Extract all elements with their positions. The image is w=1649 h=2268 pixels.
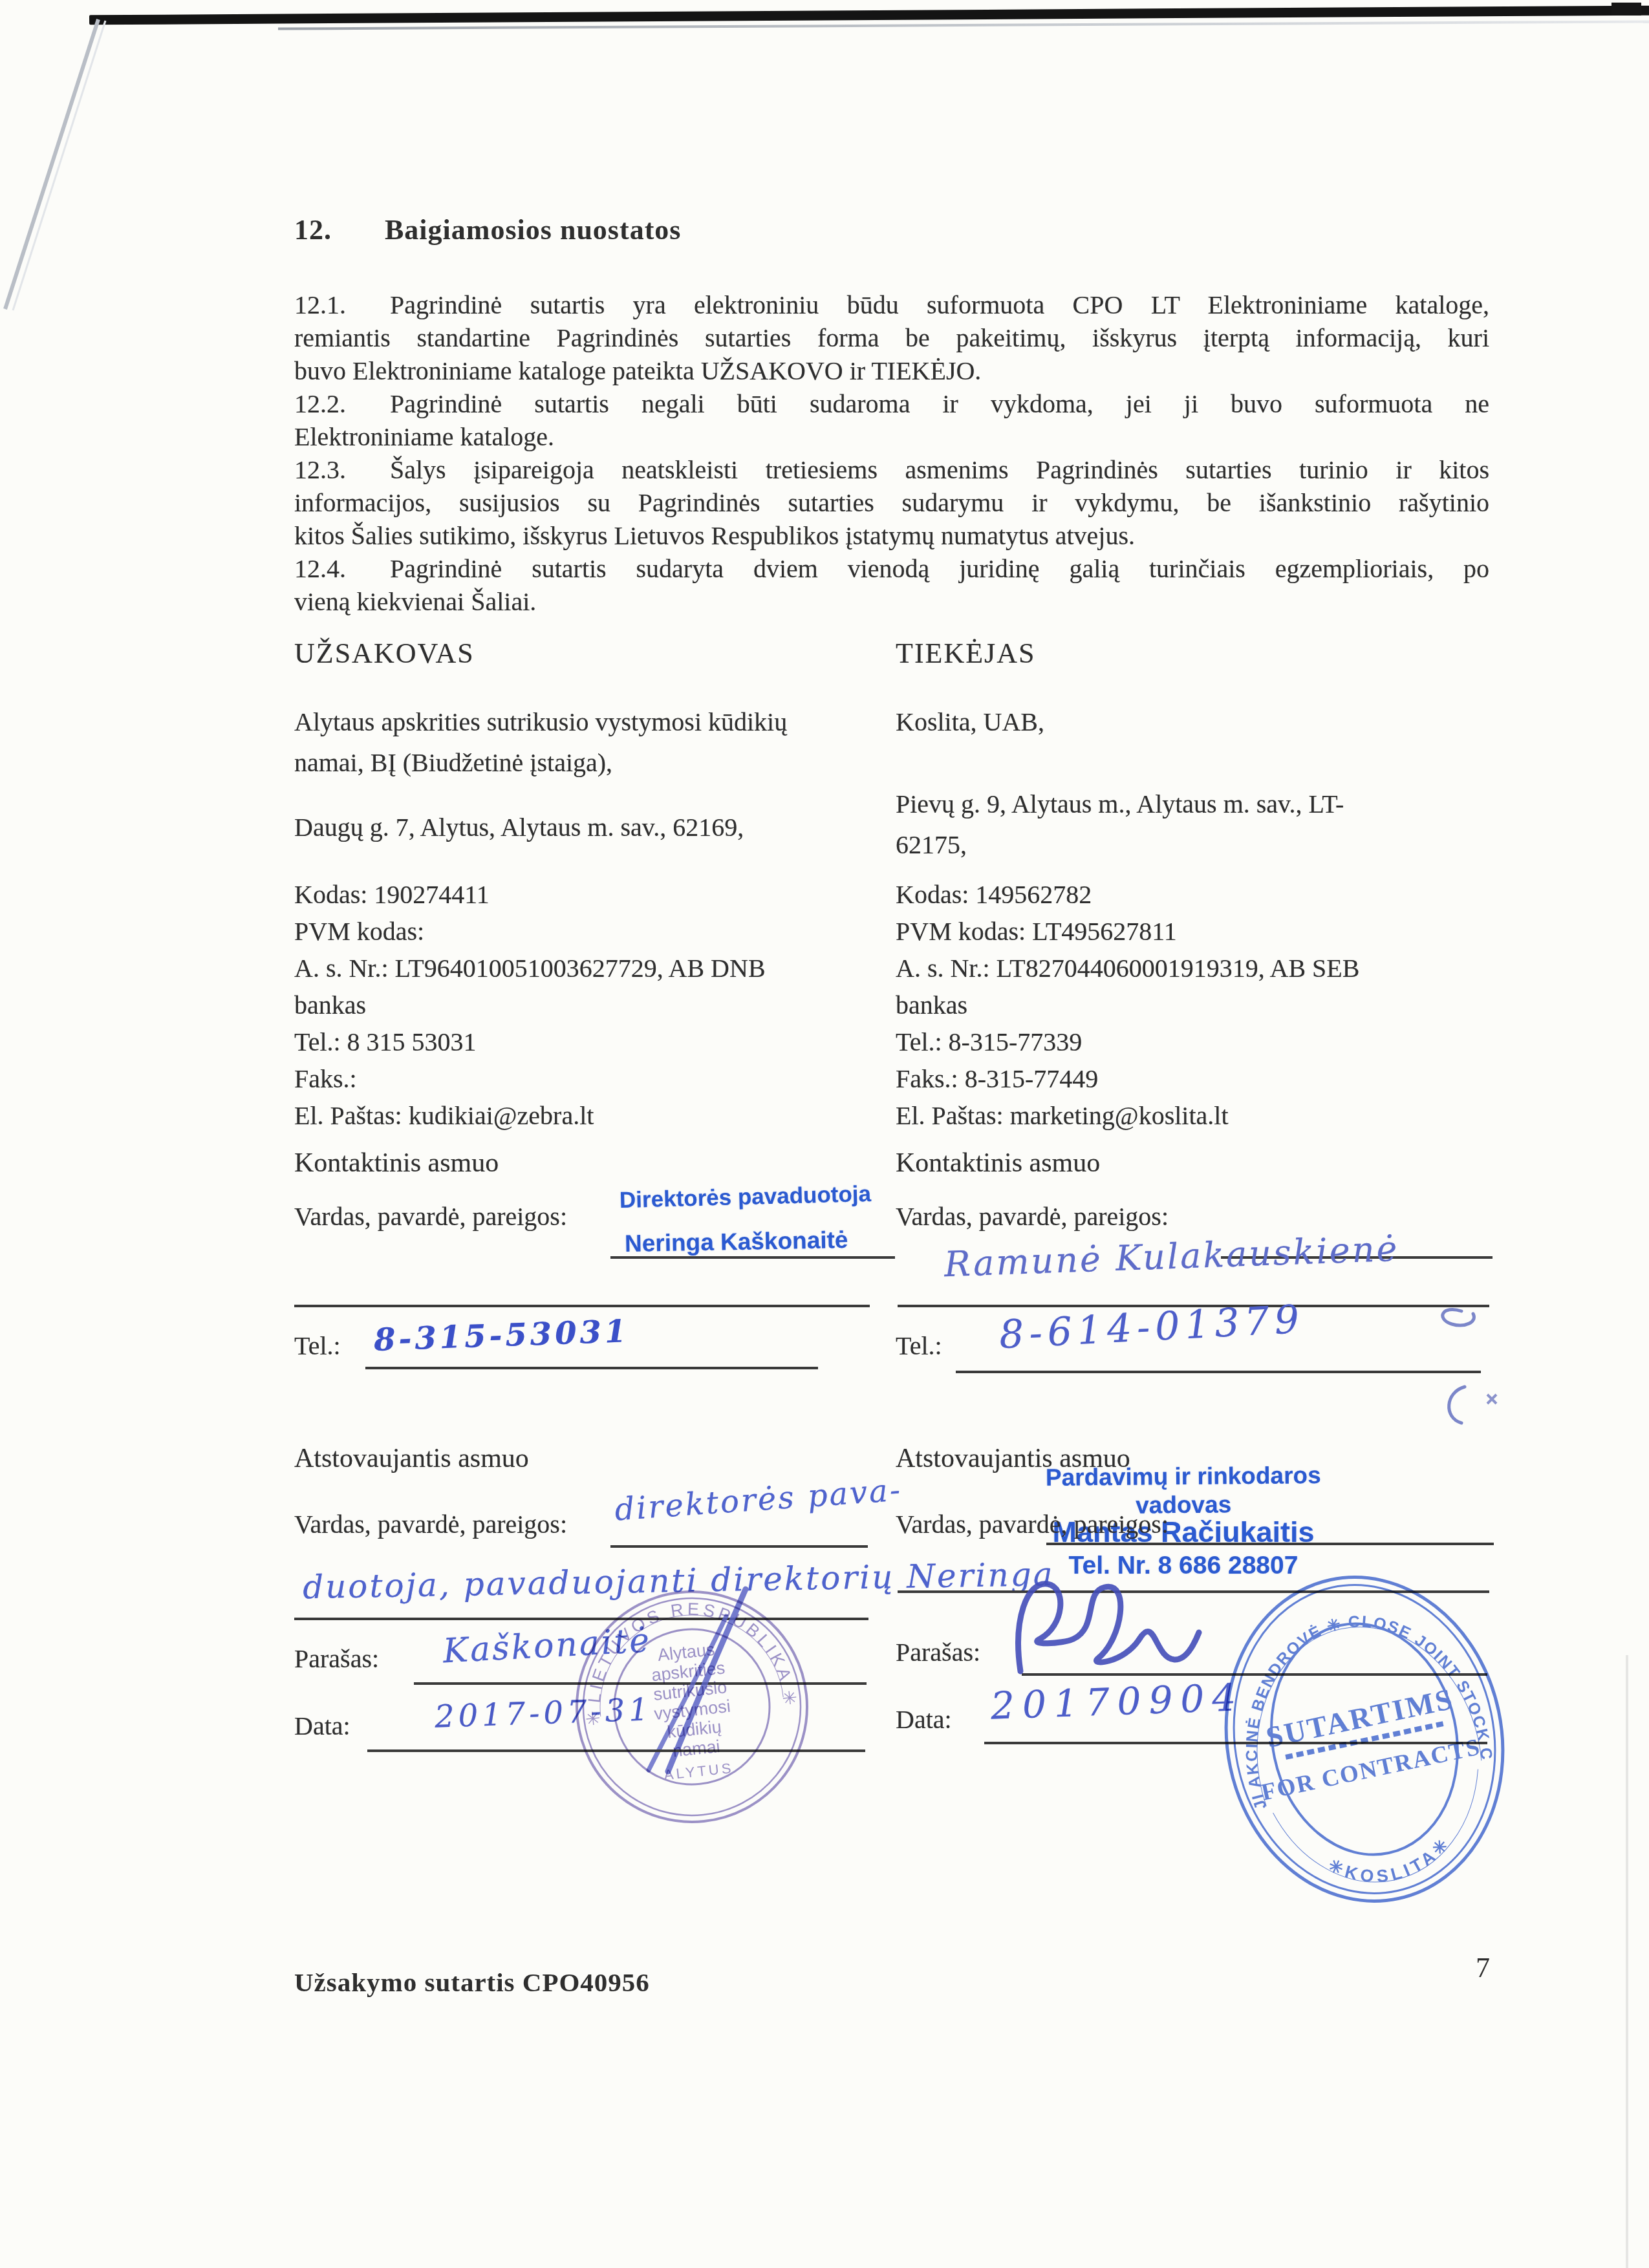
clause-line: kitos Šalies sutikimo, išskyrus Lietuvos…	[294, 519, 1489, 552]
clause-number: 12.1.	[294, 288, 390, 321]
buyer-tel-label: Tel.:	[294, 1331, 341, 1361]
clause-line: Pagrindinė sutartis yra elektroniniu būd…	[390, 290, 1489, 319]
footer-page-number: 7	[1476, 1951, 1490, 1984]
section-number: 12.	[294, 213, 385, 246]
buyer-stamp-center-line: namai	[672, 1737, 721, 1761]
supplier-rep-name-line	[1046, 1543, 1494, 1545]
supplier-account: A. s. Nr.: LT827044060001919319, AB SEB	[896, 950, 1503, 987]
buyer-info: Kodas: 190274411 PVM kodas: A. s. Nr.: L…	[294, 876, 902, 1134]
buyer-rep-name-line	[610, 1545, 868, 1548]
supplier-rep-name-label: Vardas, pavardė, pareigos:	[896, 1509, 1169, 1539]
page-fold-line	[0, 0, 142, 336]
buyer-name: Alytaus apskrities sutrikusio vystymosi …	[294, 701, 889, 783]
buyer-tel-handwritten: 8-315-53031	[373, 1313, 630, 1358]
supplier-contact-name-label: Vardas, pavardė, pareigos:	[896, 1201, 1169, 1232]
supplier-signature-label: Parašas:	[896, 1637, 980, 1667]
buyer-tel-line	[365, 1367, 818, 1369]
clauses-block: 12.1.Pagrindinė sutartis yra elektronini…	[294, 288, 1489, 618]
supplier-date-handwritten: 20170904	[990, 1675, 1244, 1728]
buyer-header: UŽSAKOVAS	[294, 637, 475, 670]
buyer-contact-stamp-name: Neringa Kaškonaitė	[625, 1226, 848, 1257]
supplier-contact-handwritten-name: Ramunė Kulakauskienė	[943, 1228, 1399, 1285]
buyer-stamp-city: ALYTUS	[663, 1760, 735, 1783]
supplier-date-label: Data:	[896, 1704, 952, 1735]
clause-number: 12.3.	[294, 453, 390, 486]
clause-12-2: 12.2.Pagrindinė sutartis negali būti sud…	[294, 387, 1489, 453]
buyer-account: A. s. Nr.: LT964010051003627729, AB DNB	[294, 950, 902, 987]
supplier-address-line: 62175,	[896, 824, 1503, 865]
buyer-vat: PVM kodas:	[294, 913, 902, 950]
scan-right-edge-shadow	[1626, 1655, 1628, 2268]
supplier-info: Kodas: 149562782 PVM kodas: LT495627811 …	[896, 876, 1503, 1134]
supplier-address: Pievų g. 9, Alytaus m., Alytaus m. sav.,…	[896, 784, 1503, 865]
clause-number: 12.2.	[294, 387, 390, 420]
buyer-tel: Tel.: 8 315 53031	[294, 1023, 902, 1060]
clause-line: Pagrindinė sutartis negali būti sudaroma…	[390, 389, 1489, 418]
scan-corner-mark	[1611, 3, 1641, 16]
clause-line: vieną kiekvienai Šaliai.	[294, 585, 1489, 618]
buyer-round-stamp: LIETUVOS RESPUBLIKA ✳ ✳ Alytaus apskriti…	[568, 1583, 816, 1831]
buyer-account-2: bankas	[294, 987, 902, 1023]
supplier-stamp-center-line1: SUTARTIMS	[1263, 1682, 1457, 1754]
supplier-code: Kodas: 149562782	[896, 876, 1503, 913]
supplier-signature-scribble	[1001, 1561, 1208, 1691]
supplier-rep-stamp-line1: Pardavimų ir rinkodaros	[1031, 1461, 1335, 1492]
supplier-tel-line	[956, 1371, 1481, 1373]
buyer-contact-name-line	[610, 1256, 895, 1259]
buyer-code: Kodas: 190274411	[294, 876, 902, 913]
supplier-header: TIEKĖJAS	[896, 637, 1035, 670]
clause-12-3: 12.3.Šalys įsipareigoja neatskleisti tre…	[294, 453, 1489, 552]
supplier-tel-label: Tel.:	[896, 1331, 942, 1361]
supplier-fax: Faks.: 8-315-77449	[896, 1060, 1503, 1097]
scanned-contract-page: 12.Baigiamosios nuostatos 12.1.Pagrindin…	[0, 0, 1649, 2268]
clause-line: buvo Elektroniniame kataloge pateikta UŽ…	[294, 354, 1489, 387]
supplier-tel: Tel.: 8-315-77339	[896, 1023, 1503, 1060]
buyer-contact-name-label: Vardas, pavardė, pareigos:	[294, 1201, 567, 1232]
clause-line: remiantis standartine Pagrindinės sutart…	[294, 321, 1489, 354]
section-title: 12.Baigiamosios nuostatos	[294, 213, 681, 246]
buyer-contact-extra-line	[294, 1305, 870, 1307]
buyer-email: El. Paštas: kudikiai@zebra.lt	[294, 1097, 902, 1134]
buyer-contact-stamp-position: Direktorės pavaduotoja	[620, 1181, 872, 1214]
buyer-name-line: namai, BĮ (Biudžetinė įstaiga),	[294, 742, 889, 783]
supplier-account-2: bankas	[896, 987, 1503, 1023]
footer-doc-ref: Užsakymo sutartis CPO40956	[294, 1967, 650, 1998]
supplier-vat: PVM kodas: LT495627811	[896, 913, 1503, 950]
pen-mark-1	[1416, 1300, 1487, 1338]
clause-12-1: 12.1.Pagrindinė sutartis yra elektronini…	[294, 288, 1489, 387]
clause-line: informacijos, susijusios su Pagrindinės …	[294, 486, 1489, 519]
buyer-rep-header: Atstovaujantis asmuo	[294, 1443, 529, 1474]
clause-line: Šalys įsipareigoja neatskleisti tretiesi…	[390, 455, 1489, 484]
buyer-stamp-star-left: ✳	[585, 1708, 602, 1729]
supplier-address-line: Pievų g. 9, Alytaus m., Alytaus m. sav.,…	[896, 784, 1503, 824]
buyer-stamp-star-right: ✳	[781, 1687, 799, 1709]
clause-12-4: 12.4.Pagrindinė sutartis sudaryta dviem …	[294, 552, 1489, 618]
clause-line: Pagrindinė sutartis sudaryta dviem vieno…	[390, 554, 1489, 583]
buyer-address: Daugų g. 7, Alytus, Alytaus m. sav., 621…	[294, 807, 915, 848]
supplier-contact-header: Kontaktinis asmuo	[896, 1148, 1100, 1179]
buyer-date-label: Data:	[294, 1711, 350, 1741]
clause-number: 12.4.	[294, 552, 390, 585]
buyer-contact-header: Kontaktinis asmuo	[294, 1148, 499, 1179]
section-title-text: Baigiamosios nuostatos	[385, 214, 681, 246]
buyer-name-line: Alytaus apskrities sutrikusio vystymosi …	[294, 701, 889, 742]
supplier-name: Koslita, UAB,	[896, 701, 1491, 742]
supplier-stamp-ring-bottom: ✳KOSLITA✳	[1322, 1830, 1460, 1898]
buyer-rep-handwriting-1: direktorės pava-	[614, 1472, 903, 1528]
clause-line: Elektroniniame kataloge.	[294, 420, 1489, 453]
svg-text:✳KOSLITA✳: ✳KOSLITA✳	[1322, 1830, 1460, 1898]
buyer-signature-label: Parašas:	[294, 1643, 379, 1674]
buyer-fax: Faks.:	[294, 1060, 902, 1097]
buyer-rep-name-label: Vardas, pavardė, pareigos:	[294, 1509, 567, 1539]
supplier-oval-stamp: UŽDAROJI AKCINĖ BENDROVĖ ✳ CLOSE JOINT S…	[1216, 1565, 1513, 1914]
pen-mark-2	[1436, 1380, 1507, 1439]
supplier-email: El. Paštas: marketing@koslita.lt	[896, 1097, 1503, 1134]
